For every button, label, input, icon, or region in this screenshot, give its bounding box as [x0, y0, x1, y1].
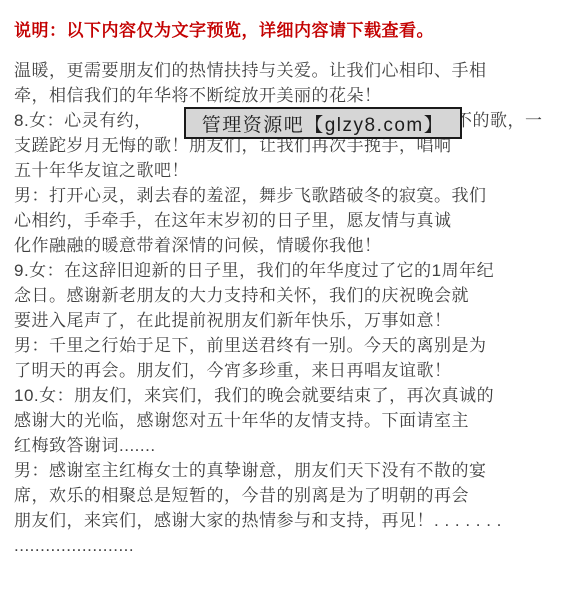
- text-line: 男：打开心灵，剥去春的羞涩，舞步飞歌踏破冬的寂寞。我们: [14, 183, 574, 208]
- text-line: 念日。感谢新老朋友的大力支持和关怀，我们的庆祝晚会就: [14, 283, 574, 308]
- preview-notice: 说明：以下内容仅为文字预览，详细内容请下载查看。: [14, 16, 434, 41]
- text-line: 心相约，手牵手，在这年末岁初的日子里，愿友情与真诚: [14, 208, 574, 233]
- text-line: 了明天的再会。朋友们，今宵多珍重，来日再唱友谊歌！: [14, 358, 574, 383]
- text-fragment-right: 不的歌，一: [455, 108, 543, 133]
- text-line: 化作融融的暖意带着深情的问候，情暖你我他！: [14, 233, 574, 258]
- text-line: 五十年华友谊之歌吧！: [14, 158, 574, 183]
- document-preview-page: 说明：以下内容仅为文字预览，详细内容请下载查看。 管理资源吧【glzy8.com…: [0, 0, 578, 600]
- text-line: 要进入尾声了，在此提前祝朋友们新年快乐，万事如意！: [14, 308, 574, 333]
- text-line: 牵，相信我们的年华将不断绽放开美丽的花朵！: [14, 83, 574, 108]
- text-line: 10.女：朋友们，来宾们，我们的晚会就要结束了，再次真诚的: [14, 383, 574, 408]
- watermark-stamp: 管理资源吧【glzy8.com】: [184, 107, 462, 139]
- text-line: 温暖，更需要朋友们的热情扶持与关爱。让我们心相印、手相: [14, 58, 574, 83]
- text-fragment-left: 8.女：心灵有约，: [14, 111, 152, 130]
- text-line-dots: .......................: [14, 533, 574, 558]
- text-line: 朋友们，来宾们，感谢大家的热情参与和支持，再见！. . . . . . .: [14, 508, 574, 533]
- text-line: 男：千里之行始于足下，前里送君终有一别。今天的离别是为: [14, 333, 574, 358]
- text-line: 男：感谢室主红梅女士的真挚谢意，朋友们天下没有不散的宴: [14, 458, 574, 483]
- text-line: 席，欢乐的相聚总是短暂的，今昔的别离是为了明朝的再会: [14, 483, 574, 508]
- text-line: 感谢大的光临，感谢您对五十年华的友情支持。下面请室主: [14, 408, 574, 433]
- text-line: 9.女：在这辞旧迎新的日子里，我们的年华度过了它的1周年纪: [14, 258, 574, 283]
- text-line: 红梅致答谢词.......: [14, 433, 574, 458]
